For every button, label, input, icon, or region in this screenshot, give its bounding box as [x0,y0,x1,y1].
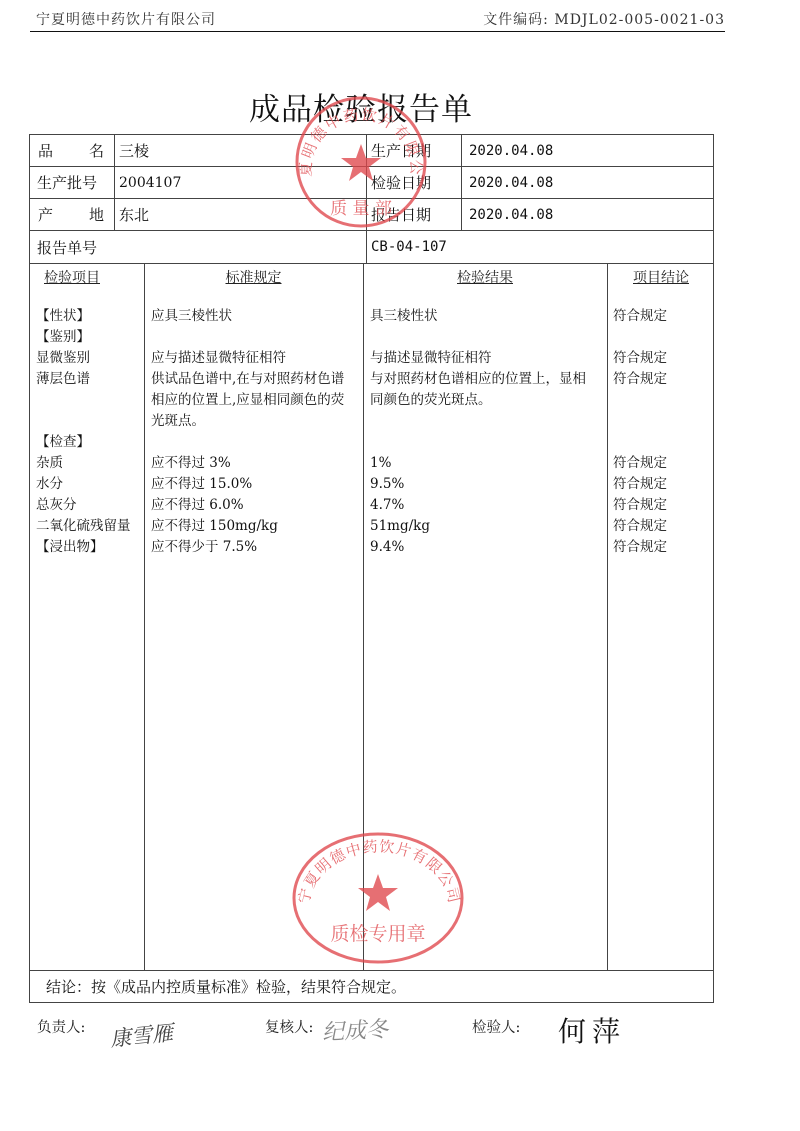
batch-value: 2004107 [114,167,181,198]
column-header-result: 检验结果 [363,267,607,287]
row-result: 51mg/kg [370,516,430,537]
row-standard: 应具三棱性状 [151,306,232,327]
info-row-product: 品名 三棱 生产日期 2020.04.08 [30,135,713,167]
row-item: 【鉴别】 [36,327,90,348]
row-result: 与描述显微特征相符 [370,348,492,369]
row-conclusion: 符合规定 [613,348,667,369]
row-conclusion: 符合规定 [613,516,667,537]
row-item: 显微鉴别 [36,348,90,369]
column-header-conclusion: 项目结论 [607,267,715,287]
row-item: 二氧化硫残留量 [36,516,131,537]
production-date-label: 生产日期 [371,135,431,166]
row-item: 【性状】 [36,306,90,327]
reviewer-label: 复核人: [265,1016,313,1037]
inspection-date-label: 检验日期 [371,167,431,198]
row-item: 总灰分 [36,495,77,516]
row-item: 薄层色谱 [36,369,90,390]
column-header-standard: 标准规定 [144,267,363,287]
info-row-report-no: 报告单号 CB-04-107 [30,231,713,264]
row-conclusion: 符合规定 [613,495,667,516]
reviewer-signature: 纪成冬 [321,1012,389,1046]
page-title: 成品检验报告单 [0,84,722,129]
row-standard: 应不得少于 7.5% [151,537,257,558]
report-table: 品名 三棱 生产日期 2020.04.08 生产批号 2004107 检验日期 … [29,134,714,1003]
origin-value: 东北 [114,199,149,230]
row-result: 同颜色的荧光斑点。 [370,390,492,411]
document-code: 文件编码: MDJL02-005-0021-03 [483,9,725,29]
inspection-grid: 检验项目 标准规定 检验结果 项目结论 【性状】应具三棱性状具三棱性状符合规定【… [30,264,713,970]
row-standard: 应与描述显微特征相符 [151,348,286,369]
production-date-value: 2020.04.08 [469,135,553,166]
inspection-date-value: 2020.04.08 [469,167,553,198]
row-standard: 应不得过 15.0% [151,474,252,495]
row-standard: 应不得过 3% [151,453,231,474]
row-conclusion: 符合规定 [613,537,667,558]
row-conclusion: 符合规定 [613,306,667,327]
row-item: 杂质 [36,453,63,474]
row-conclusion: 符合规定 [613,453,667,474]
row-result: 与对照药材色谱相应的位置上，显相 [370,369,586,390]
inspector-signature: 何萍 [558,1010,626,1050]
row-standard: 相应的位置上,应显相同颜色的荧 [151,390,344,411]
row-standard: 应不得过 150mg/kg [151,516,278,537]
inspector-label: 检验人: [472,1016,520,1037]
info-row-batch: 生产批号 2004107 检验日期 2020.04.08 [30,167,713,199]
row-standard: 供试品色谱中,在与对照药材色谱 [151,369,344,390]
row-result: 9.4% [370,537,404,558]
row-result: 4.7% [370,495,404,516]
company-name: 宁夏明德中药饮片有限公司 [36,9,216,29]
row-conclusion: 符合规定 [613,474,667,495]
responsible-signature: 康雪雁 [109,1017,175,1053]
column-header-item: 检验项目 [30,267,114,287]
conclusion-text: 结论：按《成品内控质量标准》检验，结果符合规定。 [30,970,713,1002]
row-conclusion: 符合规定 [613,369,667,390]
report-date-value: 2020.04.08 [469,199,553,230]
product-name-label: 品名 [30,135,114,166]
row-item: 水分 [36,474,63,495]
product-name-value: 三棱 [114,135,149,166]
report-no-value: CB-04-107 [371,231,447,263]
row-item: 【检查】 [36,432,90,453]
batch-label: 生产批号 [30,167,114,198]
row-standard: 应不得过 6.0% [151,495,244,516]
row-result: 9.5% [370,474,404,495]
report-no-label: 报告单号 [30,231,97,263]
responsible-label: 负责人: [37,1016,85,1037]
row-standard: 光斑点。 [151,411,205,432]
page-header: 宁夏明德中药饮片有限公司 文件编码: MDJL02-005-0021-03 [30,0,725,32]
row-item: 【浸出物】 [36,537,104,558]
row-result: 1% [370,453,391,474]
info-row-origin: 产地 东北 报告日期 2020.04.08 [30,199,713,231]
origin-label: 产地 [30,199,114,230]
row-result: 具三棱性状 [370,306,438,327]
report-date-label: 报告日期 [371,199,431,230]
